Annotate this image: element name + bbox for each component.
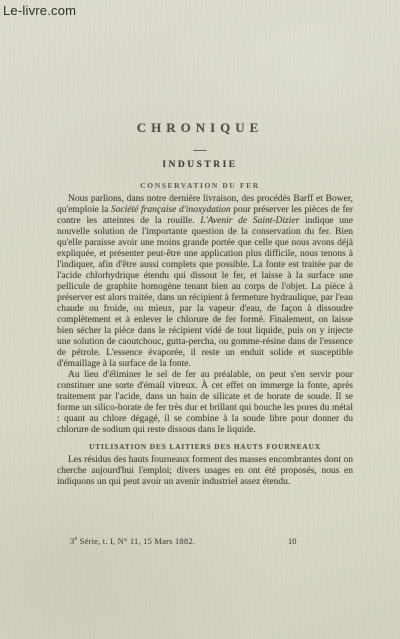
paragraph-3: Les résidus des hauts fourneaux forment …	[57, 455, 353, 488]
scanned-page: CHRONIQUE INDUSTRIE CONSERVATION DU FER …	[0, 0, 400, 639]
paragraph-2: Au lieu d'éliminer le sel de fer au préa…	[57, 370, 353, 436]
paragraph-1: Nous parlions, dans notre dernière livra…	[57, 194, 353, 370]
italic-society-name: Société française d'inoxydation	[111, 205, 231, 215]
article2-heading: UTILISATION DES LAITIERS DES HAUTS FOURN…	[57, 441, 353, 452]
article1-heading: CONSERVATION DU FER	[0, 181, 400, 190]
italic-journal-name: L'Avenir de Saint-Dizier	[200, 216, 299, 226]
title-rule	[194, 150, 207, 151]
watermark: Le-livre.com	[3, 3, 76, 18]
paragraph-1-text-c: indique une nouvelle solution de l'impor…	[57, 216, 353, 369]
page-title: CHRONIQUE	[0, 120, 400, 136]
page-number: 10	[288, 536, 297, 546]
footer-citation-text: Série, t. I, N° 11, 15 Mars 1882.	[77, 536, 195, 546]
footer-citation: 3e Série, t. I, N° 11, 15 Mars 1882.	[70, 536, 195, 546]
article-body: Nous parlions, dans notre dernière livra…	[57, 194, 353, 488]
scan-content: CHRONIQUE INDUSTRIE CONSERVATION DU FER …	[0, 0, 400, 639]
section-heading: INDUSTRIE	[0, 160, 400, 170]
